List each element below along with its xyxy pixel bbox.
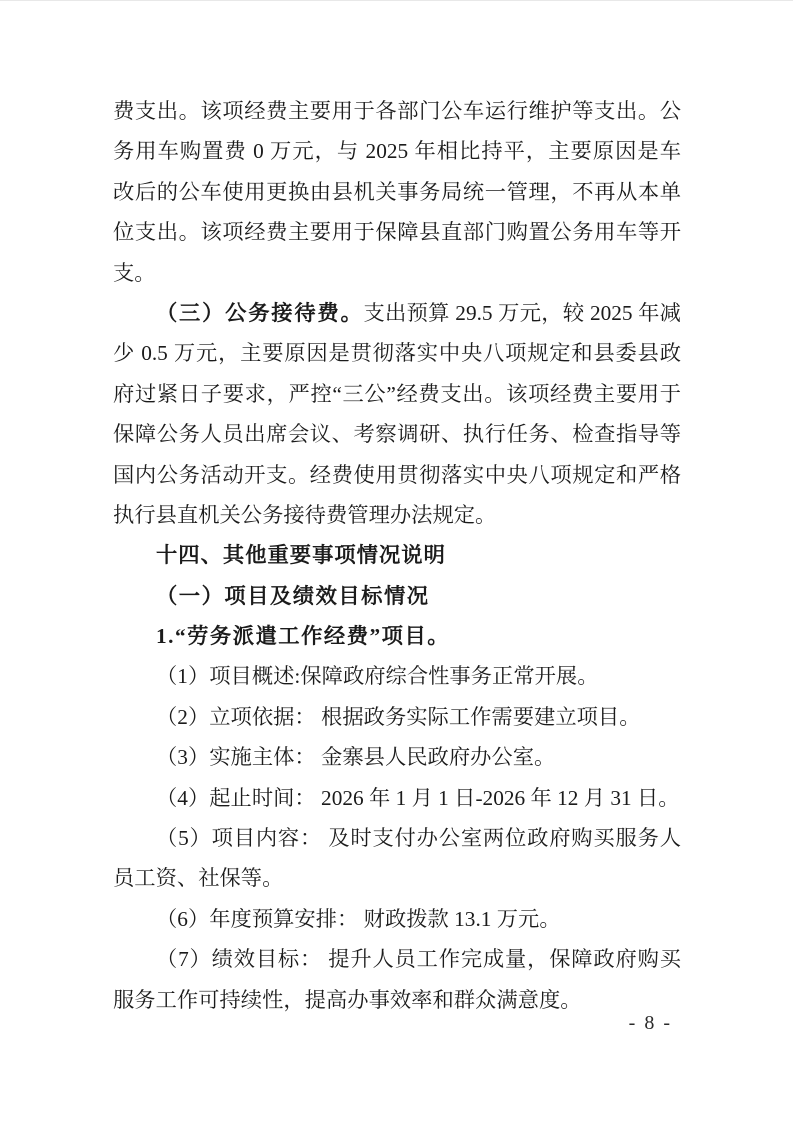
text-line: （2）立项依据： 根据政务实际工作需要建立项目。 <box>113 697 681 737</box>
text-run: 服务工作可持续性，提高办事效率和群众满意度。 <box>113 988 582 1012</box>
text-line: 1.“劳务派遣工作经费”项目。 <box>113 616 681 656</box>
text-run: 府过紧日子要求，严控“三公”经费支出。该项经费主要用于 <box>113 382 681 406</box>
text-line: 保障公务人员出席会议、考察调研、执行任务、检查指导等 <box>113 414 681 454</box>
text-run: 改后的公车使用更换由县机关事务局统一管理，不再从本单 <box>113 180 681 204</box>
text-line: （三）公务接待费。支出预算 29.5 万元，较 2025 年减 <box>113 293 681 333</box>
text-run: 少 0.5 万元，主要原因是贯彻落实中央八项规定和县委县政 <box>113 341 681 365</box>
page-number: - 8 - <box>629 1011 672 1035</box>
text-run: （5）项目内容： 及时支付办公室两位政府购买服务人 <box>156 826 681 850</box>
item-3-implementing-body: （3）实施主体： 金寨县人民政府办公室。 <box>113 737 681 777</box>
item-1-project-overview: （1）项目概述:保障政府综合性事务正常开展。 <box>113 656 681 696</box>
item-2-project-basis: （2）立项依据： 根据政务实际工作需要建立项目。 <box>113 697 681 737</box>
text-line: 务用车购置费 0 万元，与 2025 年相比持平，主要原因是车 <box>113 131 681 171</box>
text-line: 府过紧日子要求，严控“三公”经费支出。该项经费主要用于 <box>113 374 681 414</box>
text-run: 费支出。该项经费主要用于各部门公车运行维护等支出。公 <box>113 99 681 123</box>
item-6-annual-budget: （6）年度预算安排： 财政拨款 13.1 万元。 <box>113 899 681 939</box>
text-run: （3）实施主体： 金寨县人民政府办公室。 <box>156 745 555 769</box>
text-run: 支出预算 29.5 万元，较 2025 年减 <box>364 301 681 325</box>
text-run: （6）年度预算安排： 财政拨款 13.1 万元。 <box>156 907 561 931</box>
text-run: 国内公务活动开支。经费使用贯彻落实中央八项规定和严格 <box>113 463 681 487</box>
item-5-project-content: （5）项目内容： 及时支付办公室两位政府购买服务人员工资、社保等。 <box>113 818 681 899</box>
para-official-vehicle-expense: 费支出。该项经费主要用于各部门公车运行维护等支出。公务用车购置费 0 万元，与 … <box>113 91 681 293</box>
text-run: 位支出。该项经费主要用于保障县直部门购置公务用车等开 <box>113 220 681 244</box>
text-run: （一）项目及绩效目标情况 <box>156 584 430 608</box>
text-line: （3）实施主体： 金寨县人民政府办公室。 <box>113 737 681 777</box>
text-run: 保障公务人员出席会议、考察调研、执行任务、检查指导等 <box>113 422 681 446</box>
text-line: （5）项目内容： 及时支付办公室两位政府购买服务人 <box>113 818 681 858</box>
text-run: （1）项目概述:保障政府综合性事务正常开展。 <box>156 664 599 688</box>
text-run: 员工资、社保等。 <box>113 866 283 890</box>
text-run: 支。 <box>113 261 156 285</box>
text-run: 务用车购置费 0 万元，与 2025 年相比持平，主要原因是车 <box>113 139 681 163</box>
text-run: （7）绩效目标： 提升人员工作完成量，保障政府购买 <box>156 947 681 971</box>
text-line: 少 0.5 万元，主要原因是贯彻落实中央八项规定和县委县政 <box>113 333 681 373</box>
text-line: （7）绩效目标： 提升人员工作完成量，保障政府购买 <box>113 939 681 979</box>
bold-lead-text: （三）公务接待费。 <box>156 301 364 325</box>
text-line: 费支出。该项经费主要用于各部门公车运行维护等支出。公 <box>113 91 681 131</box>
heading-section-fourteen: 十四、其他重要事项情况说明 <box>113 535 681 575</box>
item-4-time-period: （4）起止时间： 2026 年 1 月 1 日-2026 年 12 月 31 日… <box>113 778 681 818</box>
text-line: 执行县直机关公务接待费管理办法规定。 <box>113 495 681 535</box>
text-line: 改后的公车使用更换由县机关事务局统一管理，不再从本单 <box>113 172 681 212</box>
heading-project-labor-dispatch: 1.“劳务派遣工作经费”项目。 <box>113 616 681 656</box>
text-line: 位支出。该项经费主要用于保障县直部门购置公务用车等开 <box>113 212 681 252</box>
text-run: （4）起止时间： 2026 年 1 月 1 日-2026 年 12 月 31 日… <box>156 786 680 810</box>
text-line: 员工资、社保等。 <box>113 858 681 898</box>
para-official-reception-expense: （三）公务接待费。支出预算 29.5 万元，较 2025 年减少 0.5 万元，… <box>113 293 681 535</box>
document-page: 费支出。该项经费主要用于各部门公车运行维护等支出。公务用车购置费 0 万元，与 … <box>0 0 793 1122</box>
text-line: （一）项目及绩效目标情况 <box>113 576 681 616</box>
text-line: （1）项目概述:保障政府综合性事务正常开展。 <box>113 656 681 696</box>
text-line: 国内公务活动开支。经费使用贯彻落实中央八项规定和严格 <box>113 455 681 495</box>
text-line: 十四、其他重要事项情况说明 <box>113 535 681 575</box>
text-run: 1.“劳务派遣工作经费”项目。 <box>156 624 450 648</box>
text-run: （2）立项依据： 根据政务实际工作需要建立项目。 <box>156 705 641 729</box>
text-line: （4）起止时间： 2026 年 1 月 1 日-2026 年 12 月 31 日… <box>113 778 681 818</box>
heading-subsection-one-project-performance: （一）项目及绩效目标情况 <box>113 576 681 616</box>
text-line: 支。 <box>113 253 681 293</box>
text-line: 服务工作可持续性，提高办事效率和群众满意度。 <box>113 980 681 1020</box>
text-run: 十四、其他重要事项情况说明 <box>156 543 446 567</box>
text-line: （6）年度预算安排： 财政拨款 13.1 万元。 <box>113 899 681 939</box>
text-run: 执行县直机关公务接待费管理办法规定。 <box>113 503 496 527</box>
document-body: 费支出。该项经费主要用于各部门公车运行维护等支出。公务用车购置费 0 万元，与 … <box>113 91 681 1020</box>
item-7-performance-target: （7）绩效目标： 提升人员工作完成量，保障政府购买服务工作可持续性，提高办事效率… <box>113 939 681 1020</box>
